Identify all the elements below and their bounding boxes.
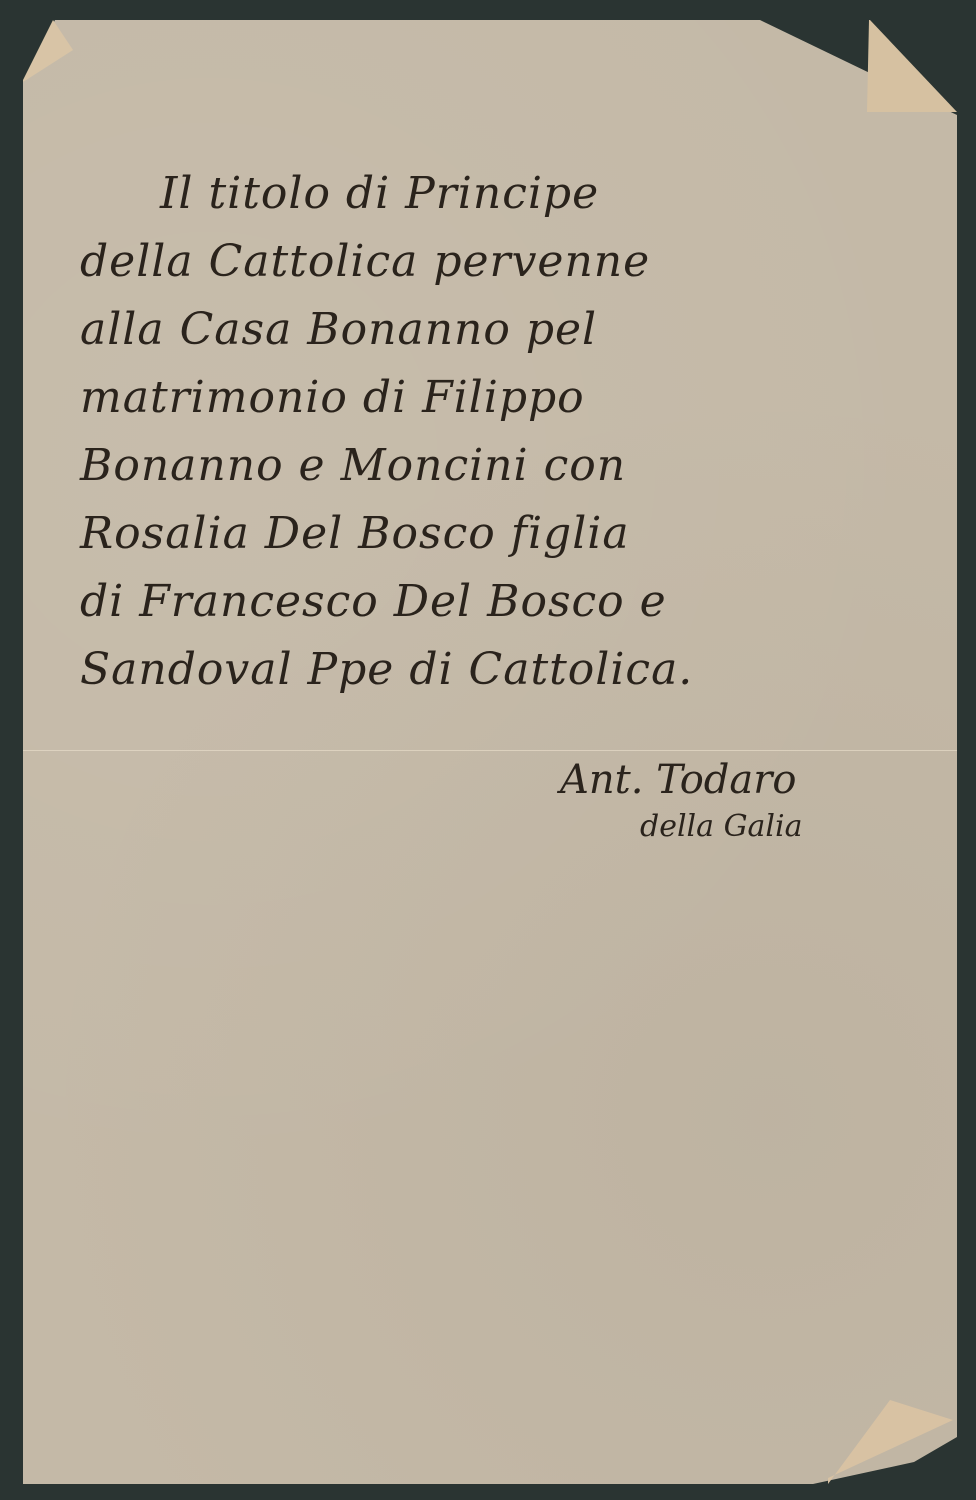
body-line: matrimonio di Filippo	[80, 364, 940, 432]
body-line: alla Casa Bonanno pel	[80, 296, 940, 364]
paper-fold-line	[23, 750, 957, 751]
body-line: di Francesco Del Bosco e	[80, 568, 940, 636]
body-line: Bonanno e Moncini con	[80, 432, 940, 500]
body-line: della Cattolica pervenne	[80, 228, 940, 296]
letter-body: Il titolo di Principe della Cattolica pe…	[80, 160, 940, 704]
signature-title: della Galia	[560, 805, 803, 849]
body-line: Sandoval Ppe di Cattolica.	[80, 636, 940, 704]
body-line: Il titolo di Principe	[80, 160, 940, 228]
signature-block: Ant. Todaro della Galia	[560, 755, 803, 849]
folded-corner-top-right	[867, 20, 957, 112]
body-line: Rosalia Del Bosco figlia	[80, 500, 940, 568]
signature-name: Ant. Todaro	[560, 755, 803, 805]
